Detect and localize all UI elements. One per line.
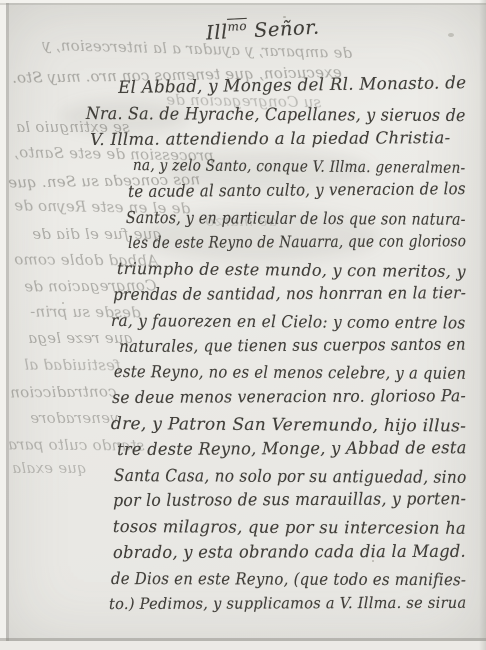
text-line: obrado, y esta obrando cada dia la Magd.: [113, 542, 466, 563]
scanned-manuscript: de amparar, y ayudar a la intercesion, y…: [0, 0, 486, 650]
heading-superscript: mo: [227, 19, 247, 34]
manuscript-text: Illmo Señor. El Abbad, y Monges del Rl. …: [0, 0, 486, 650]
document-heading: Illmo Señor.: [205, 15, 320, 44]
text-line: de Dios en este Reyno, (que todo es mani…: [111, 569, 466, 589]
text-line: to.) Pedimos, y supplicamos a V. Illma. …: [109, 594, 466, 613]
text-line: El Abbad, y Monges del Rl. Monasto. de: [118, 73, 466, 98]
text-line: tre deste Reyno, Monge, y Abbad de esta: [117, 438, 467, 460]
text-line: te acude al santo culto, y veneracion de…: [128, 179, 466, 201]
text-line: dre, y Patron San Veremundo, hijo illus-: [111, 414, 466, 436]
text-line: na, y zelo Santo, conque V. Illma. gener…: [133, 156, 466, 177]
text-line: tosos milagros, que por su intercesion h…: [113, 517, 466, 539]
text-line: ra, y fauorezen en el Cielo: y como entr…: [111, 311, 466, 332]
text-line: V. Illma. attendiendo a la piedad Christ…: [90, 128, 450, 149]
text-line: triumpho de este mundo, y con meritos, y: [117, 259, 466, 281]
text-line: Nra. Sa. de Hyrache, Capellanes, y sieru…: [86, 104, 466, 126]
text-line: les de este Reyno de Nauarra, que con gl…: [128, 231, 466, 252]
text-line: prendas de santidad, nos honrran en la t…: [113, 283, 466, 304]
text-line: por lo lustroso de sus marauillas, y por…: [113, 489, 466, 511]
heading-rest: Señor.: [247, 16, 320, 43]
text-line: este Reyno, no es el menos celebre, y a …: [114, 362, 466, 383]
text-line: naturales, que tienen sus cuerpos santos…: [119, 335, 466, 356]
text-line: Santos, y en particular de los que son n…: [126, 208, 466, 229]
heading-prefix: Ill: [205, 20, 228, 44]
text-line: se deue menos veneracion nro. glorioso P…: [112, 386, 466, 407]
text-line: Santa Casa, no solo por su antiguedad, s…: [114, 466, 467, 488]
